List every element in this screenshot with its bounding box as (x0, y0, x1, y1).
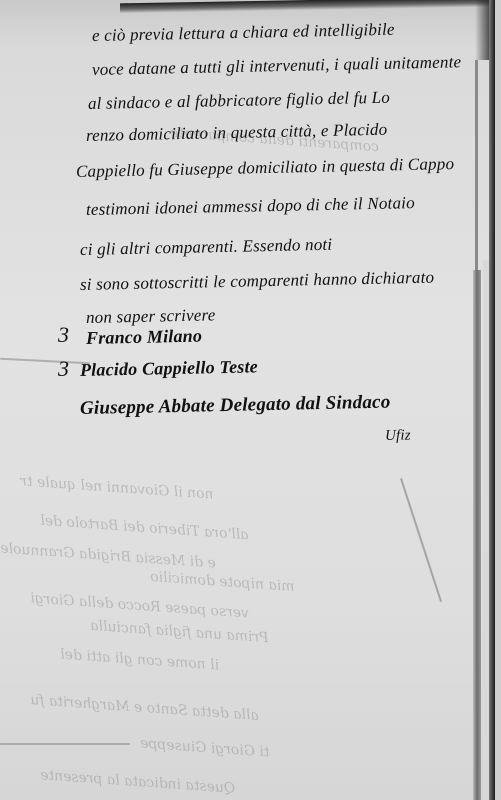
bleed-text: alla detta Santo e Margherita fu (30, 692, 260, 724)
book-binding (469, 0, 501, 800)
page-top-shadow (120, 0, 501, 13)
text-line: voce datane a tutti gli intervenuti, i q… (92, 52, 462, 80)
bleed-text: Prima una figlia fanciulla (90, 618, 269, 646)
bleed-text: all'ora Tiberio dei Bartolo del (40, 513, 249, 544)
bleed-text: ti Giorgi Giuseppe (140, 735, 270, 760)
text-line: non saper scrivere (86, 305, 216, 328)
signature: Giuseppe Abbate Delegato dal Sindaco (80, 392, 391, 420)
text-line: testimoni idonei ammessi dopo di che il … (86, 193, 415, 220)
bleed-text: il nome con gli atti del (60, 646, 220, 673)
text-line: si sono sottoscritti le comparenti hanno… (80, 268, 435, 295)
bleed-text: verso paese Rocco della Giorgi (30, 590, 250, 621)
bleed-text: Questa indicata la presente (40, 767, 236, 797)
cross-mark: 3 (58, 322, 69, 348)
text-line: e ciò previa lettura a chiara ed intelli… (92, 20, 395, 46)
bleed-text: e di Messia Brigida Grannuole (0, 540, 216, 571)
ink-stroke (0, 743, 130, 745)
signature: Placido Cappiello Teste (80, 356, 258, 381)
text-line: Cappiello fu Giuseppe domiciliato in que… (76, 154, 455, 182)
bleed-text: mia nipote domicilio (150, 569, 295, 595)
text-line: ci gli altri comparenti. Essendo noti (80, 235, 333, 260)
document-scan: comparenti della comparente non il Giova… (0, 0, 501, 800)
ink-stroke (400, 478, 442, 602)
ink-stroke (0, 358, 90, 365)
text-line: al sindaco e al fabbricatore figlio del … (88, 88, 390, 114)
signature: Franco Milano (86, 326, 203, 349)
signature: Ufiz (385, 427, 411, 445)
bleed-text: non il Giovanni nel quale tr (20, 473, 214, 502)
cross-mark: 3 (58, 356, 69, 382)
